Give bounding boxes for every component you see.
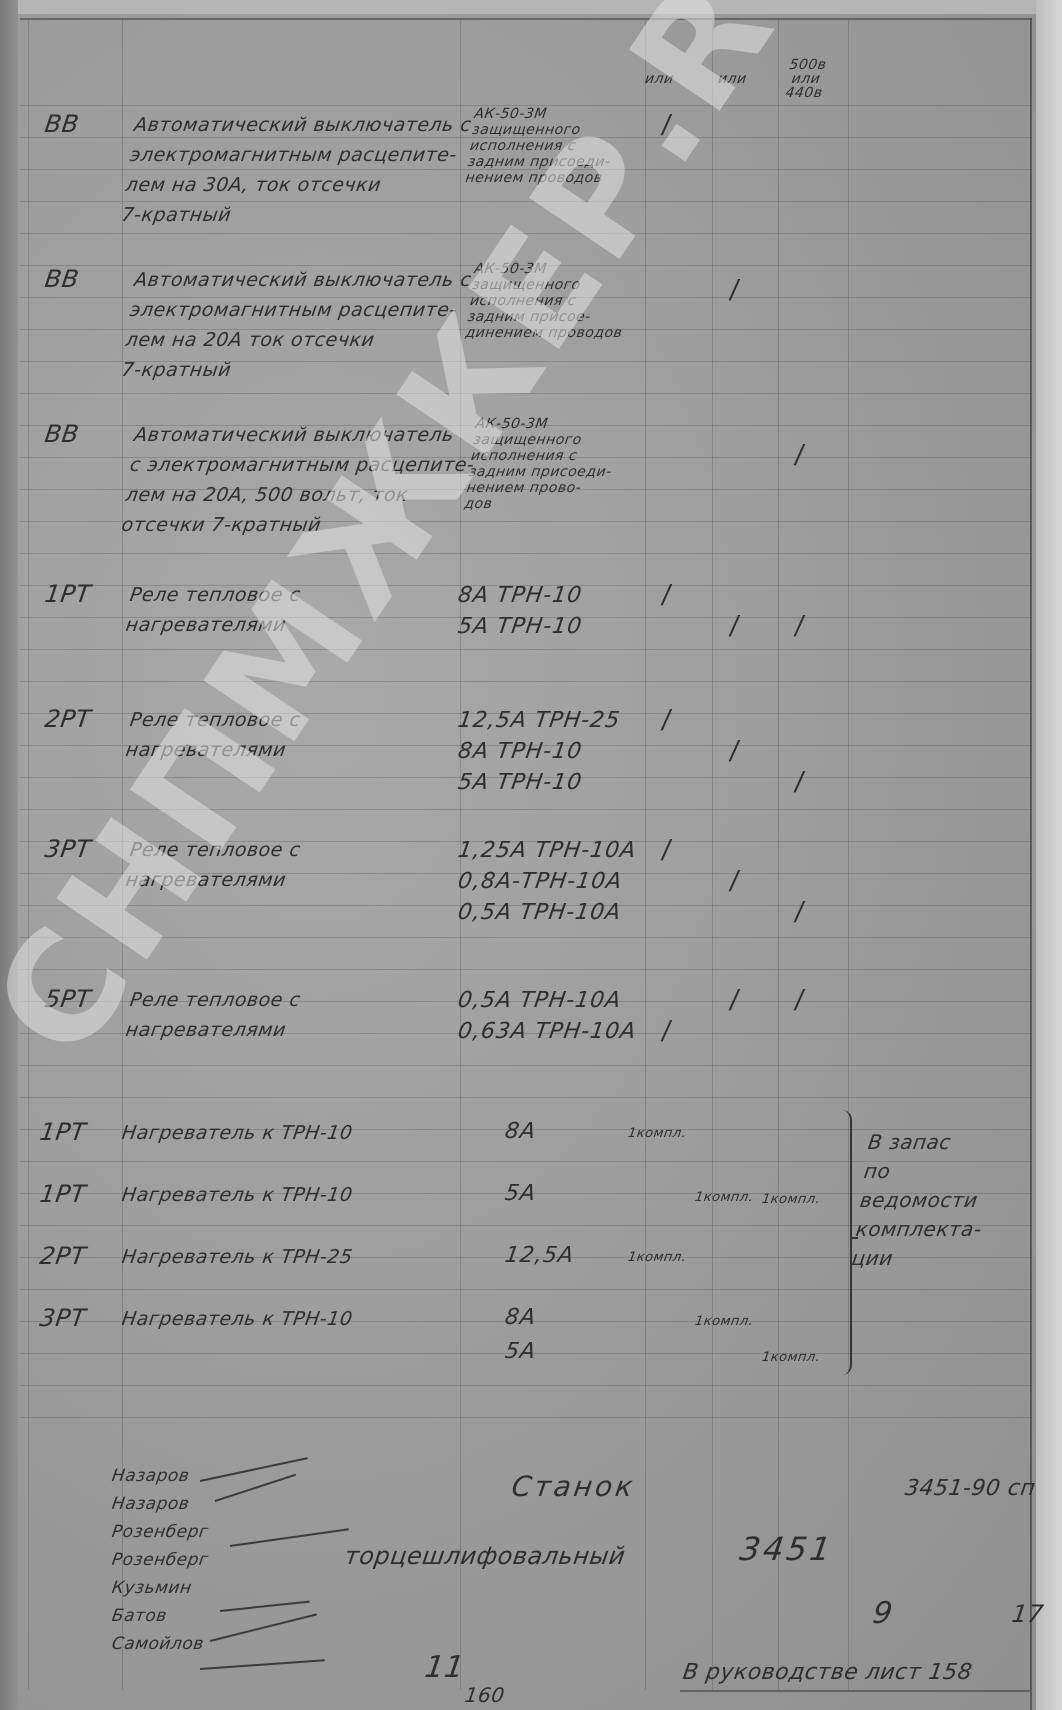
signature-1 [200,1457,308,1482]
grid-row-line [20,1065,1032,1066]
signatory-name: Кузьмин [111,1578,193,1598]
signature-4 [220,1601,310,1612]
signatory-name: Розенберг [111,1522,210,1542]
spare-position-code: 3РТ [38,1304,88,1332]
position-code: ВВ [43,265,81,293]
signatory-name: Назаров [111,1466,191,1486]
spare-quantity: 1компл. [627,1126,687,1141]
signature-3 [230,1528,349,1547]
heater-spec: 8А ТРН-10 [456,580,585,611]
spare-quantity: 1компл. [627,1250,687,1265]
spare-rating: 5А [503,1178,538,1209]
table-frame-top [20,18,1032,20]
product-name: Станок [510,1470,638,1503]
signature-5 [210,1613,317,1642]
grid-row-line [20,1289,1032,1290]
spare-quantity: 1компл. [694,1314,754,1329]
quantity-mark: / [793,767,806,797]
grid-row-line [20,649,1032,650]
spare-description: Нагреватель к ТРН-10 [120,1118,355,1148]
quantity-mark: / [728,275,741,305]
quantity-mark: / [793,611,806,641]
heater-spec: 0,5А ТРН-10А [456,985,624,1016]
quantity-mark: / [793,440,806,470]
heater-spec: 0,5А ТРН-10А [456,897,624,928]
quantity-mark: / [793,897,806,927]
position-code: 1РТ [43,580,93,608]
quantity-mark: / [660,835,673,865]
model-number: 3451 [737,1530,836,1568]
title-block-bottom-line [680,1690,1030,1692]
quantity-mark: / [728,736,741,766]
quantity-mark: / [660,1016,673,1046]
signatory-name: Самойлов [111,1634,206,1654]
manual-reference: В руководстве лист 158 [681,1660,974,1685]
heater-spec: 8А ТРН-10 [456,736,585,767]
document-code: 3451-90 сп [903,1476,1037,1501]
heater-spec: 5А ТРН-10 [456,767,585,798]
position-code: ВВ [43,420,81,448]
grid-column-line [712,20,713,1690]
sheet-number: 9 [871,1596,896,1631]
spare-rating: 12,5А [503,1240,576,1271]
spare-position-code: 1РТ [38,1180,88,1208]
quantity-mark: / [660,705,673,735]
grid-column-line [778,20,779,1690]
grouping-brace [838,1110,852,1375]
product-kind: торцешлифовальный [343,1542,627,1570]
heater-spec: 0,63А ТРН-10А [456,1016,639,1047]
heater-spec: 1,25А ТРН-10А [456,835,639,866]
heater-spec: 5А ТРН-10 [456,611,585,642]
quantity-mark: / [728,866,741,896]
spare-rating: 8А [503,1116,538,1147]
grid-row-line [20,1417,1032,1418]
signature-2 [215,1474,296,1502]
bottom-number: 160 [463,1683,506,1707]
spare-rating: 8А [503,1302,538,1333]
spare-description: Нагреватель к ТРН-10 [120,1180,355,1210]
grid-row-line [20,1385,1032,1386]
signatory-name: Розенберг [111,1550,210,1570]
signature-6 [200,1659,325,1670]
spare-quantity: 1компл. [761,1350,821,1365]
signatory-name: Батов [111,1606,169,1626]
page-edge-left [0,0,18,1710]
page-edge-top [0,0,1062,14]
left-number: 11 [423,1650,467,1685]
grid-row-line [20,1097,1032,1098]
spares-note: В запасповедомостикомплекта-ции [850,1128,996,1273]
spare-rating: 5А [503,1336,538,1367]
item-description: Автоматический выключатель сэлектромагни… [120,110,474,230]
quantity-mark: / [728,611,741,641]
position-code: 2РТ [43,705,93,733]
quantity-mark: / [793,985,806,1015]
grid-row-line [20,553,1032,554]
spare-quantity: 1компл. [761,1192,821,1207]
grid-column-line [848,20,849,1690]
scanned-document-page: или или 500в или 440в ВВАвтоматический в… [0,0,1062,1710]
signatory-name: Назаров [111,1494,191,1514]
heater-spec: 12,5А ТРН-25 [456,705,623,736]
grid-column-line [28,20,29,1690]
spare-description: Нагреватель к ТРН-10 [120,1304,355,1334]
spare-position-code: 2РТ [38,1242,88,1270]
grid-column-line [1030,20,1031,1690]
sheet-count: 17 [1010,1600,1045,1628]
heater-spec: 0,8А-ТРН-10А [456,866,625,897]
quantity-mark: / [728,985,741,1015]
spare-quantity: 1компл. [694,1190,754,1205]
spare-position-code: 1РТ [38,1118,88,1146]
page-edge-right [1036,0,1062,1710]
spare-description: Нагреватель к ТРН-25 [120,1242,355,1272]
position-code: ВВ [43,110,81,138]
